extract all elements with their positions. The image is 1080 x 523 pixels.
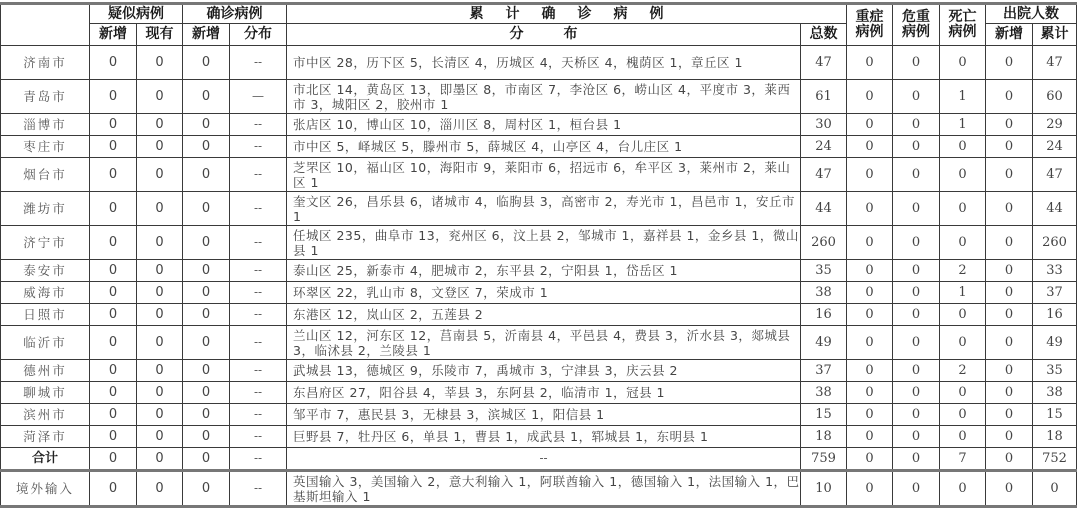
- critical-count: 0: [893, 226, 940, 260]
- header-critical: 危重病例: [893, 4, 940, 46]
- death-count: 0: [940, 192, 986, 226]
- cumulative-total: 24: [801, 136, 847, 158]
- cumulative-distribution: 东昌府区 27，阳谷县 4，莘县 3，东阿县 2，临清市 1，冠县 1: [287, 382, 801, 404]
- city-name: 泰安市: [1, 260, 90, 282]
- death-count: 0: [940, 226, 986, 260]
- severe-count: 0: [847, 46, 893, 80]
- severe-count: 0: [847, 404, 893, 426]
- table-row: 青岛市 0 0 0 — 市北区 14，黄岛区 13，即墨区 8，市南区 7，李沧…: [1, 80, 1077, 114]
- confirmed-distribution: --: [230, 426, 287, 448]
- death-count: 0: [940, 326, 986, 360]
- header-discharged-group: 出院人数: [986, 4, 1077, 24]
- discharged-total: 260: [1033, 226, 1077, 260]
- death-count: 0: [940, 158, 986, 192]
- discharged-new: 0: [986, 136, 1033, 158]
- suspected-current: 0: [137, 360, 183, 382]
- suspected-new: 0: [90, 404, 137, 426]
- header-severe: 重症病例: [847, 4, 893, 46]
- cumulative-distribution: 环翠区 22，乳山市 8，文登区 7，荣成市 1: [287, 282, 801, 304]
- cumulative-total: 35: [801, 260, 847, 282]
- critical-count: 0: [893, 158, 940, 192]
- city-name: 潍坊市: [1, 192, 90, 226]
- cumulative-total: 47: [801, 46, 847, 80]
- header-suspected-new: 新增: [90, 24, 137, 46]
- table-row: 聊城市 0 0 0 -- 东昌府区 27，阳谷县 4，莘县 3，东阿县 2，临清…: [1, 382, 1077, 404]
- city-name: 枣庄市: [1, 136, 90, 158]
- cumulative-total: 38: [801, 382, 847, 404]
- confirmed-new: 0: [183, 226, 230, 260]
- discharged-new: 0: [986, 80, 1033, 114]
- cumulative-distribution: 兰山区 12，河东区 12，莒南县 5，沂南县 4，平邑县 4，费县 3，沂水县…: [287, 326, 801, 360]
- header-confirmed-group: 确诊病例: [183, 4, 287, 24]
- discharged-total: 47: [1033, 158, 1077, 192]
- critical-count: 0: [893, 192, 940, 226]
- severe-count: 0: [847, 448, 893, 471]
- table-row: 烟台市 0 0 0 -- 芝罘区 10，福山区 10，海阳市 9，莱阳市 6，招…: [1, 158, 1077, 192]
- suspected-new: 0: [90, 158, 137, 192]
- discharged-new: 0: [986, 260, 1033, 282]
- suspected-new: 0: [90, 260, 137, 282]
- suspected-new: 0: [90, 304, 137, 326]
- confirmed-new: 0: [183, 136, 230, 158]
- suspected-new: 0: [90, 282, 137, 304]
- table-row: 滨州市 0 0 0 -- 邹平市 7，惠民县 3，无棣县 3，滨城区 1，阳信县…: [1, 404, 1077, 426]
- critical-count: 0: [893, 282, 940, 304]
- confirmed-distribution: --: [230, 192, 287, 226]
- death-count: 0: [940, 46, 986, 80]
- discharged-new: 0: [986, 382, 1033, 404]
- city-name: 威海市: [1, 282, 90, 304]
- suspected-current: 0: [137, 448, 183, 471]
- death-count: 1: [940, 114, 986, 136]
- suspected-new: 0: [90, 326, 137, 360]
- discharged-new: 0: [986, 158, 1033, 192]
- table-row: 泰安市 0 0 0 -- 泰山区 25，新泰市 4，肥城市 2，东平县 2，宁阳…: [1, 260, 1077, 282]
- header-cumulative-total: 总数: [801, 24, 847, 46]
- discharged-total: 15: [1033, 404, 1077, 426]
- cumulative-distribution: 市中区 28，历下区 5，长清区 4，历城区 4，天桥区 4，槐荫区 1，章丘区…: [287, 46, 801, 80]
- confirmed-new: 0: [183, 114, 230, 136]
- header-cumulative-distribution: 分布: [287, 24, 801, 46]
- discharged-new: 0: [986, 46, 1033, 80]
- death-count: 0: [940, 382, 986, 404]
- severe-count: 0: [847, 304, 893, 326]
- suspected-current: 0: [137, 404, 183, 426]
- header-suspected-group: 疑似病例: [90, 4, 183, 24]
- suspected-current: 0: [137, 80, 183, 114]
- city-name: 济南市: [1, 46, 90, 80]
- confirmed-new: 0: [183, 80, 230, 114]
- suspected-current: 0: [137, 326, 183, 360]
- confirmed-distribution: --: [230, 114, 287, 136]
- confirmed-new: 0: [183, 304, 230, 326]
- confirmed-new: 0: [183, 46, 230, 80]
- discharged-total: 37: [1033, 282, 1077, 304]
- cumulative-total: 10: [801, 471, 847, 507]
- confirmed-distribution: --: [230, 360, 287, 382]
- cumulative-total: 16: [801, 304, 847, 326]
- confirmed-distribution: --: [230, 260, 287, 282]
- header-discharged-total: 累计: [1033, 24, 1077, 46]
- cumulative-distribution: 巨野县 7，牡丹区 6，单县 1，曹县 1，成武县 1，郓城县 1，东明县 1: [287, 426, 801, 448]
- critical-count: 0: [893, 382, 940, 404]
- cumulative-distribution: 奎文区 26，昌乐县 6，诸城市 4，临朐县 3，高密市 2，寿光市 1，昌邑市…: [287, 192, 801, 226]
- city-name: 青岛市: [1, 80, 90, 114]
- discharged-new: 0: [986, 282, 1033, 304]
- discharged-total: 18: [1033, 426, 1077, 448]
- table-row: 威海市 0 0 0 -- 环翠区 22，乳山市 8，文登区 7，荣成市 1 38…: [1, 282, 1077, 304]
- suspected-current: 0: [137, 471, 183, 507]
- confirmed-distribution: --: [230, 471, 287, 507]
- suspected-new: 0: [90, 448, 137, 471]
- table-row: 临沂市 0 0 0 -- 兰山区 12，河东区 12，莒南县 5，沂南县 4，平…: [1, 326, 1077, 360]
- discharged-total: 38: [1033, 382, 1077, 404]
- severe-count: 0: [847, 326, 893, 360]
- critical-count: 0: [893, 46, 940, 80]
- confirmed-distribution: --: [230, 136, 287, 158]
- cumulative-total: 61: [801, 80, 847, 114]
- death-count: 1: [940, 282, 986, 304]
- confirmed-distribution: --: [230, 304, 287, 326]
- table-row: 菏泽市 0 0 0 -- 巨野县 7，牡丹区 6，单县 1，曹县 1，成武县 1…: [1, 426, 1077, 448]
- discharged-new: 0: [986, 114, 1033, 136]
- confirmed-distribution: --: [230, 448, 287, 471]
- table-row: 淄博市 0 0 0 -- 张店区 10，博山区 10，淄川区 8，周村区 1，桓…: [1, 114, 1077, 136]
- critical-count: 0: [893, 360, 940, 382]
- critical-count: 0: [893, 426, 940, 448]
- suspected-new: 0: [90, 46, 137, 80]
- header-discharged-new: 新增: [986, 24, 1033, 46]
- critical-count: 0: [893, 404, 940, 426]
- cumulative-total: 18: [801, 426, 847, 448]
- suspected-current: 0: [137, 136, 183, 158]
- suspected-new: 0: [90, 192, 137, 226]
- confirmed-distribution: --: [230, 404, 287, 426]
- cumulative-distribution: 武城县 13，德城区 9，乐陵市 7，禹城市 3，宁津县 3，庆云县 2: [287, 360, 801, 382]
- severe-count: 0: [847, 114, 893, 136]
- confirmed-new: 0: [183, 426, 230, 448]
- cumulative-distribution: 市中区 5，峄城区 5，滕州市 5，薛城区 4，山亭区 4，台儿庄区 1: [287, 136, 801, 158]
- confirmed-distribution: —: [230, 80, 287, 114]
- suspected-current: 0: [137, 192, 183, 226]
- confirmed-new: 0: [183, 360, 230, 382]
- suspected-current: 0: [137, 282, 183, 304]
- severe-count: 0: [847, 260, 893, 282]
- severe-count: 0: [847, 360, 893, 382]
- suspected-new: 0: [90, 80, 137, 114]
- discharged-total: 49: [1033, 326, 1077, 360]
- discharged-total: 29: [1033, 114, 1077, 136]
- confirmed-new: 0: [183, 404, 230, 426]
- cumulative-total: 15: [801, 404, 847, 426]
- table-body: 济南市 0 0 0 -- 市中区 28，历下区 5，长清区 4，历城区 4，天桥…: [1, 46, 1077, 507]
- severe-count: 0: [847, 426, 893, 448]
- total-label: 合计: [1, 448, 90, 471]
- death-count: 2: [940, 360, 986, 382]
- cumulative-distribution: 英国输入 3，美国输入 2，意大利输入 1，阿联酋输入 1，德国输入 1，法国输…: [287, 471, 801, 507]
- discharged-new: 0: [986, 404, 1033, 426]
- header-deaths: 死亡病例: [940, 4, 986, 46]
- discharged-total: 44: [1033, 192, 1077, 226]
- table-row: 德州市 0 0 0 -- 武城县 13，德城区 9，乐陵市 7，禹城市 3，宁津…: [1, 360, 1077, 382]
- total-row: 合计 0 0 0 -- -- 759 0 0 7 0 752: [1, 448, 1077, 471]
- death-count: 0: [940, 404, 986, 426]
- discharged-total: 0: [1033, 471, 1077, 507]
- header-confirmed-new: 新增: [183, 24, 230, 46]
- table-row: 济南市 0 0 0 -- 市中区 28，历下区 5，长清区 4，历城区 4，天桥…: [1, 46, 1077, 80]
- city-name: 淄博市: [1, 114, 90, 136]
- discharged-total: 35: [1033, 360, 1077, 382]
- suspected-new: 0: [90, 136, 137, 158]
- suspected-current: 0: [137, 260, 183, 282]
- city-name: 滨州市: [1, 404, 90, 426]
- suspected-new: 0: [90, 471, 137, 507]
- confirmed-distribution: --: [230, 282, 287, 304]
- table-row: 潍坊市 0 0 0 -- 奎文区 26，昌乐县 6，诸城市 4，临朐县 3，高密…: [1, 192, 1077, 226]
- discharged-total: 752: [1033, 448, 1077, 471]
- table-header: 疑似病例 确诊病例 累计确诊病例 重症病例 危重病例 死亡病例 出院人数 新增 …: [1, 4, 1077, 46]
- suspected-new: 0: [90, 360, 137, 382]
- discharged-total: 24: [1033, 136, 1077, 158]
- header-confirmed-distribution: 分布: [230, 24, 287, 46]
- critical-count: 0: [893, 114, 940, 136]
- discharged-new: 0: [986, 426, 1033, 448]
- critical-count: 0: [893, 304, 940, 326]
- cumulative-distribution: 市北区 14，黄岛区 13，即墨区 8，市南区 7，李沧区 6，崂山区 4，平度…: [287, 80, 801, 114]
- suspected-current: 0: [137, 46, 183, 80]
- discharged-new: 0: [986, 471, 1033, 507]
- confirmed-new: 0: [183, 192, 230, 226]
- discharged-total: 33: [1033, 260, 1077, 282]
- critical-count: 0: [893, 448, 940, 471]
- confirmed-new: 0: [183, 260, 230, 282]
- cumulative-total: 37: [801, 360, 847, 382]
- suspected-current: 0: [137, 226, 183, 260]
- city-name: 聊城市: [1, 382, 90, 404]
- cumulative-total: 49: [801, 326, 847, 360]
- city-name: 临沂市: [1, 326, 90, 360]
- confirmed-distribution: --: [230, 226, 287, 260]
- discharged-new: 0: [986, 304, 1033, 326]
- cumulative-total: 260: [801, 226, 847, 260]
- discharged-total: 60: [1033, 80, 1077, 114]
- table-row: 济宁市 0 0 0 -- 任城区 235，曲阜市 13，兖州区 6，汶上县 2，…: [1, 226, 1077, 260]
- death-count: 0: [940, 471, 986, 507]
- suspected-current: 0: [137, 426, 183, 448]
- death-count: 0: [940, 304, 986, 326]
- confirmed-new: 0: [183, 326, 230, 360]
- suspected-new: 0: [90, 114, 137, 136]
- discharged-new: 0: [986, 326, 1033, 360]
- discharged-total: 16: [1033, 304, 1077, 326]
- cumulative-distribution: 任城区 235，曲阜市 13，兖州区 6，汶上县 2，邹城市 1，嘉祥县 1，金…: [287, 226, 801, 260]
- critical-count: 0: [893, 136, 940, 158]
- cumulative-total: 44: [801, 192, 847, 226]
- severe-count: 0: [847, 471, 893, 507]
- suspected-current: 0: [137, 382, 183, 404]
- city-name: 菏泽市: [1, 426, 90, 448]
- severe-count: 0: [847, 226, 893, 260]
- cumulative-total: 47: [801, 158, 847, 192]
- confirmed-distribution: --: [230, 158, 287, 192]
- confirmed-distribution: --: [230, 326, 287, 360]
- header-cumulative-group: 累计确诊病例: [287, 4, 847, 24]
- discharged-new: 0: [986, 360, 1033, 382]
- critical-count: 0: [893, 326, 940, 360]
- severe-count: 0: [847, 192, 893, 226]
- critical-count: 0: [893, 260, 940, 282]
- cumulative-total: 30: [801, 114, 847, 136]
- death-count: 0: [940, 426, 986, 448]
- cumulative-total: 759: [801, 448, 847, 471]
- discharged-new: 0: [986, 226, 1033, 260]
- table-row: 日照市 0 0 0 -- 东港区 12，岚山区 2，五莲县 2 16 0 0 0…: [1, 304, 1077, 326]
- confirmed-distribution: --: [230, 382, 287, 404]
- cumulative-distribution: 泰山区 25，新泰市 4，肥城市 2，东平县 2，宁阳县 1，岱岳区 1: [287, 260, 801, 282]
- header-city-blank: [1, 4, 90, 46]
- covid-statistics-table: 疑似病例 确诊病例 累计确诊病例 重症病例 危重病例 死亡病例 出院人数 新增 …: [0, 2, 1077, 508]
- city-name: 济宁市: [1, 226, 90, 260]
- critical-count: 0: [893, 471, 940, 507]
- confirmed-new: 0: [183, 282, 230, 304]
- discharged-new: 0: [986, 192, 1033, 226]
- suspected-new: 0: [90, 382, 137, 404]
- confirmed-new: 0: [183, 382, 230, 404]
- cumulative-distribution: 张店区 10，博山区 10，淄川区 8，周村区 1，桓台县 1: [287, 114, 801, 136]
- suspected-current: 0: [137, 158, 183, 192]
- city-name: 德州市: [1, 360, 90, 382]
- cumulative-total: 38: [801, 282, 847, 304]
- imported-label: 境外输入: [1, 471, 90, 507]
- suspected-current: 0: [137, 114, 183, 136]
- confirmed-new: 0: [183, 158, 230, 192]
- discharged-total: 47: [1033, 46, 1077, 80]
- suspected-new: 0: [90, 426, 137, 448]
- severe-count: 0: [847, 382, 893, 404]
- header-suspected-current: 现有: [137, 24, 183, 46]
- confirmed-new: 0: [183, 471, 230, 507]
- cumulative-distribution: 邹平市 7，惠民县 3，无棣县 3，滨城区 1，阳信县 1: [287, 404, 801, 426]
- suspected-current: 0: [137, 304, 183, 326]
- confirmed-new: 0: [183, 448, 230, 471]
- severe-count: 0: [847, 282, 893, 304]
- imported-row: 境外输入 0 0 0 -- 英国输入 3，美国输入 2，意大利输入 1，阿联酋输…: [1, 471, 1077, 507]
- severe-count: 0: [847, 136, 893, 158]
- confirmed-distribution: --: [230, 46, 287, 80]
- suspected-new: 0: [90, 226, 137, 260]
- death-count: 7: [940, 448, 986, 471]
- death-count: 1: [940, 80, 986, 114]
- severe-count: 0: [847, 158, 893, 192]
- city-name: 烟台市: [1, 158, 90, 192]
- table-row: 枣庄市 0 0 0 -- 市中区 5，峄城区 5，滕州市 5，薛城区 4，山亭区…: [1, 136, 1077, 158]
- cumulative-distribution: --: [287, 448, 801, 471]
- death-count: 2: [940, 260, 986, 282]
- death-count: 0: [940, 136, 986, 158]
- severe-count: 0: [847, 80, 893, 114]
- discharged-new: 0: [986, 448, 1033, 471]
- critical-count: 0: [893, 80, 940, 114]
- covid-statistics-table-container: 疑似病例 确诊病例 累计确诊病例 重症病例 危重病例 死亡病例 出院人数 新增 …: [0, 2, 1076, 508]
- cumulative-distribution: 东港区 12，岚山区 2，五莲县 2: [287, 304, 801, 326]
- city-name: 日照市: [1, 304, 90, 326]
- cumulative-distribution: 芝罘区 10，福山区 10，海阳市 9，莱阳市 6，招远市 6，牟平区 3，莱州…: [287, 158, 801, 192]
